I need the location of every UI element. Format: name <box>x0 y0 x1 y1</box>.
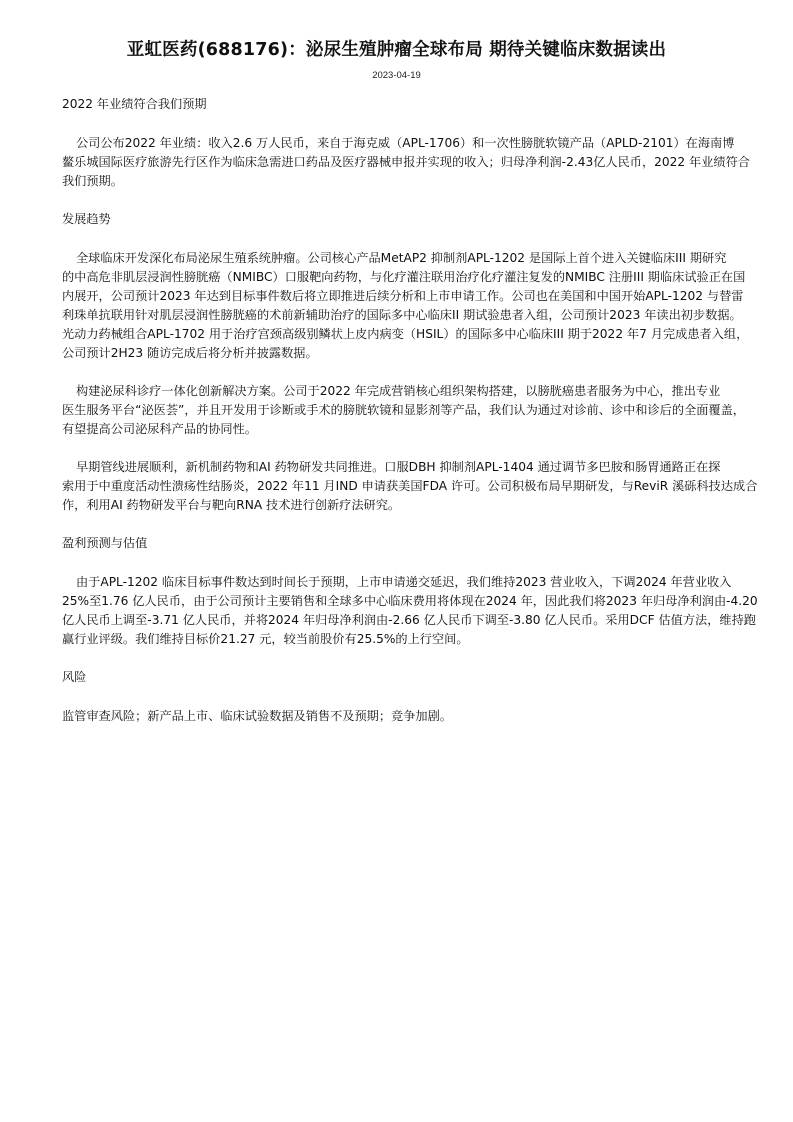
paragraph: 由于APL-1202 临床目标事件数达到时间长于预期，上市申请递交延迟，我们维持… <box>62 573 752 649</box>
text-line: 利珠单抗联用针对肌层浸润性膀胱癌的术前新辅助治疗的国际多中心临床II 期试验患者… <box>62 306 752 325</box>
text-line: 索用于中重度活动性溃疡性结肠炎，2022 年11 月IND 申请获美国FDA 许… <box>62 477 752 496</box>
paragraph: 构建泌尿科诊疗一体化创新解决方案。公司于2022 年完成营销核心组织架构搭建，以… <box>62 382 752 439</box>
paragraph: 监管审查风险；新产品上市、临床试验数据及销售不及预期；竞争加剧。 <box>62 707 752 726</box>
section-performance: 2022 年业绩符合我们预期 公司公布2022 年业绩：收入2.6 万人民币，来… <box>62 95 752 191</box>
section-development-trends: 发展趋势 全球临床开发深化布局泌尿生殖系统肿瘤。公司核心产品MetAP2 抑制剂… <box>62 210 752 515</box>
article-body: 2022 年业绩符合我们预期 公司公布2022 年业绩：收入2.6 万人民币，来… <box>62 95 752 726</box>
publish-date: 2023-04-19 <box>0 70 793 81</box>
text-line: 由于APL-1202 临床目标事件数达到时间长于预期，上市申请递交延迟，我们维持… <box>62 573 752 592</box>
text-line: 鳌乐城国际医疗旅游先行区作为临床急需进口药品及医疗器械申报并实现的收入；归母净利… <box>62 153 752 172</box>
text-line: 亿人民币上调至-3.71 亿人民币，并将2024 年归母净利润由-2.66 亿人… <box>62 611 752 630</box>
text-line: 公司公布2022 年业绩：收入2.6 万人民币，来自于海克威（APL-1706）… <box>62 134 752 153</box>
text-line: 光动力药械组合APL-1702 用于治疗宫颈高级别鳞状上皮内病变（HSIL）的国… <box>62 325 752 344</box>
text-line: 全球临床开发深化布局泌尿生殖系统肿瘤。公司核心产品MetAP2 抑制剂APL-1… <box>62 249 752 268</box>
page-title: 亚虹医药(688176)：泌尿生殖肿瘤全球布局 期待关键临床数据读出 <box>0 36 793 61</box>
text-line: 作，利用AI 药物研发平台与靶向RNA 技术进行创新疗法研究。 <box>62 496 752 515</box>
text-line: 内展开，公司预计2023 年达到目标事件数后将立即推进后续分析和上市申请工作。公… <box>62 287 752 306</box>
section-heading: 发展趋势 <box>62 210 752 229</box>
text-line: 早期管线进展顺利，新机制药物和AI 药物研发共同推进。口服DBH 抑制剂APL-… <box>62 458 752 477</box>
text-line: 的中高危非肌层浸润性膀胱癌（NMIBC）口服靶向药物，与化疗灌注联用治疗化疗灌注… <box>62 268 752 287</box>
section-heading: 2022 年业绩符合我们预期 <box>62 95 752 114</box>
section-forecast-valuation: 盈利预测与估值 由于APL-1202 临床目标事件数达到时间长于预期，上市申请递… <box>62 534 752 649</box>
paragraph: 早期管线进展顺利，新机制药物和AI 药物研发共同推进。口服DBH 抑制剂APL-… <box>62 458 752 515</box>
text-line: 医生服务平台“泌医荟”，并且开发用于诊断或手术的膀胱软镜和显影剂等产品，我们认为… <box>62 401 752 420</box>
text-line: 我们预期。 <box>62 172 752 191</box>
section-risks: 风险 监管审查风险；新产品上市、临床试验数据及销售不及预期；竞争加剧。 <box>62 668 752 726</box>
paragraph: 公司公布2022 年业绩：收入2.6 万人民币，来自于海克威（APL-1706）… <box>62 134 752 191</box>
text-line: 公司预计2H23 随访完成后将分析并披露数据。 <box>62 344 752 363</box>
text-line: 赢行业评级。我们维持目标价21.27 元，较当前股价有25.5%的上行空间。 <box>62 630 752 649</box>
paragraph: 全球临床开发深化布局泌尿生殖系统肿瘤。公司核心产品MetAP2 抑制剂APL-1… <box>62 249 752 363</box>
text-line: 25%至1.76 亿人民币，由于公司预计主要销售和全球多中心临床费用将体现在20… <box>62 592 752 611</box>
text-line: 构建泌尿科诊疗一体化创新解决方案。公司于2022 年完成营销核心组织架构搭建，以… <box>62 382 752 401</box>
section-heading: 盈利预测与估值 <box>62 534 752 553</box>
text-line: 监管审查风险；新产品上市、临床试验数据及销售不及预期；竞争加剧。 <box>62 707 752 726</box>
text-line: 有望提高公司泌尿科产品的协同性。 <box>62 420 752 439</box>
section-heading: 风险 <box>62 668 752 687</box>
